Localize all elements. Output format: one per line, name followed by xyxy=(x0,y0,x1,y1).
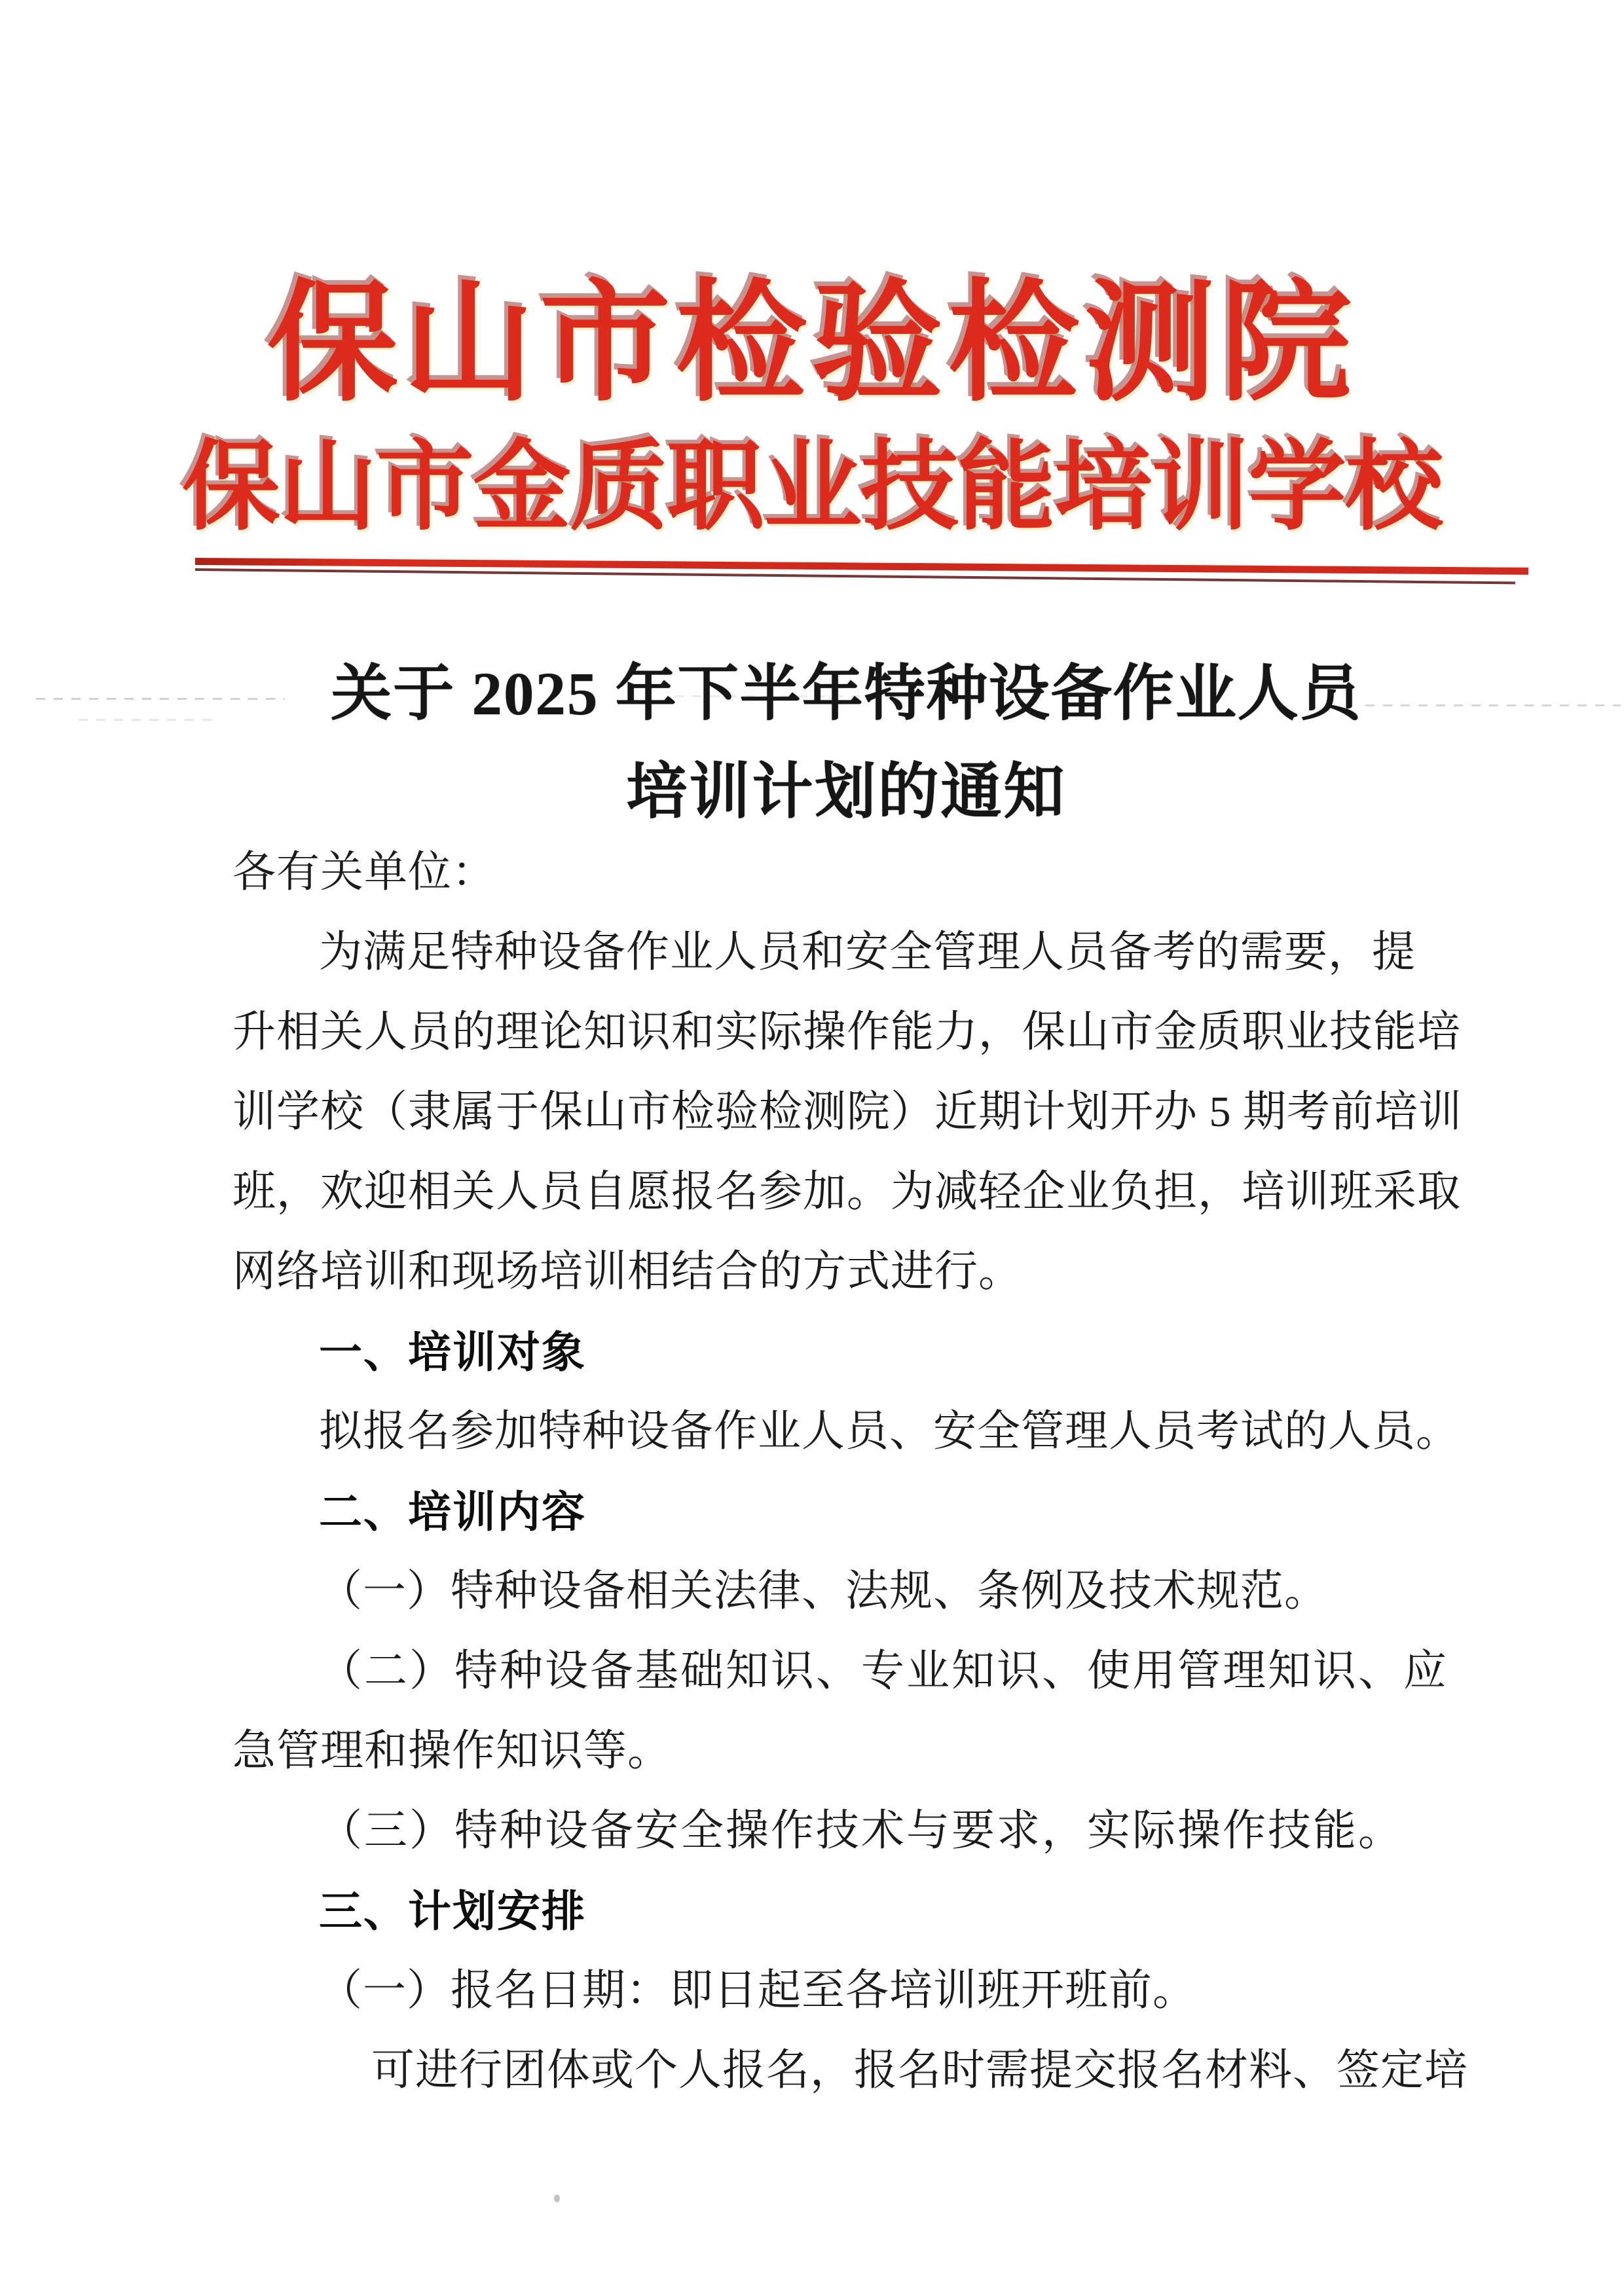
title-line2: 培训计划的通知 xyxy=(232,744,1460,842)
title-line1: 关于 2025 年下半年特种设备作业人员 xyxy=(232,646,1460,744)
scanned-notice-page: 保山市检验检测院 保山市金质职业技能培训学校 关于 2025 年下半年特种设备作… xyxy=(0,0,1624,2296)
paragraph1-line2: 升相关人员的理论知识和实际操作能力，保山市金质职业技能培 xyxy=(232,993,1464,1072)
section2-item1: （一）特种设备相关法律、法规、条例及技术规范。 xyxy=(232,1552,1464,1631)
letterhead-line1: 保山市检验检测院 xyxy=(7,267,1617,423)
document-title: 关于 2025 年下半年特种设备作业人员 培训计划的通知 xyxy=(232,646,1460,842)
section2-heading: 二、培训内容 xyxy=(232,1472,1464,1552)
paragraph1-line3: 训学校（隶属于保山市检验检测院）近期计划开办 5 期考前培训 xyxy=(232,1072,1464,1152)
section3-item1: （一）报名日期：即日起至各培训班开班前。 xyxy=(232,1951,1464,2031)
letterhead-line2: 保山市金质职业技能培训学校 xyxy=(7,429,1617,546)
scan-speck xyxy=(554,2195,560,2202)
section2-item2-line2: 急管理和操作知识等。 xyxy=(232,1711,1464,1791)
section3-heading: 三、计划安排 xyxy=(232,1871,1464,1951)
paragraph1-line1: 为满足特种设备作业人员和安全管理人员备考的需要，提 xyxy=(232,913,1464,993)
scan-artifact-line xyxy=(79,719,216,721)
section2-item2-line1: （二）特种设备基础知识、专业知识、使用管理知识、应 xyxy=(232,1631,1464,1711)
paragraph1-line5: 网络培训和现场培训相结合的方式进行。 xyxy=(232,1232,1464,1312)
letterhead-divider xyxy=(195,558,1528,584)
letterhead: 保山市检验检测院 保山市金质职业技能培训学校 xyxy=(7,267,1617,546)
section3-item1-line2: 可进行团体或个人报名，报名时需提交报名材料、签定培 xyxy=(232,2031,1464,2111)
section1-heading: 一、培训对象 xyxy=(232,1312,1464,1392)
section1-body: 拟报名参加特种设备作业人员、安全管理人员考试的人员。 xyxy=(232,1392,1464,1472)
document-body: 各有关单位： 为满足特种设备作业人员和安全管理人员备考的需要，提 升相关人员的理… xyxy=(232,833,1464,2111)
salutation: 各有关单位： xyxy=(232,833,1464,913)
section2-item3: （三）特种设备安全操作技术与要求，实际操作技能。 xyxy=(232,1791,1464,1871)
paragraph1-line4: 班，欢迎相关人员自愿报名参加。为减轻企业负担，培训班采取 xyxy=(232,1152,1464,1232)
